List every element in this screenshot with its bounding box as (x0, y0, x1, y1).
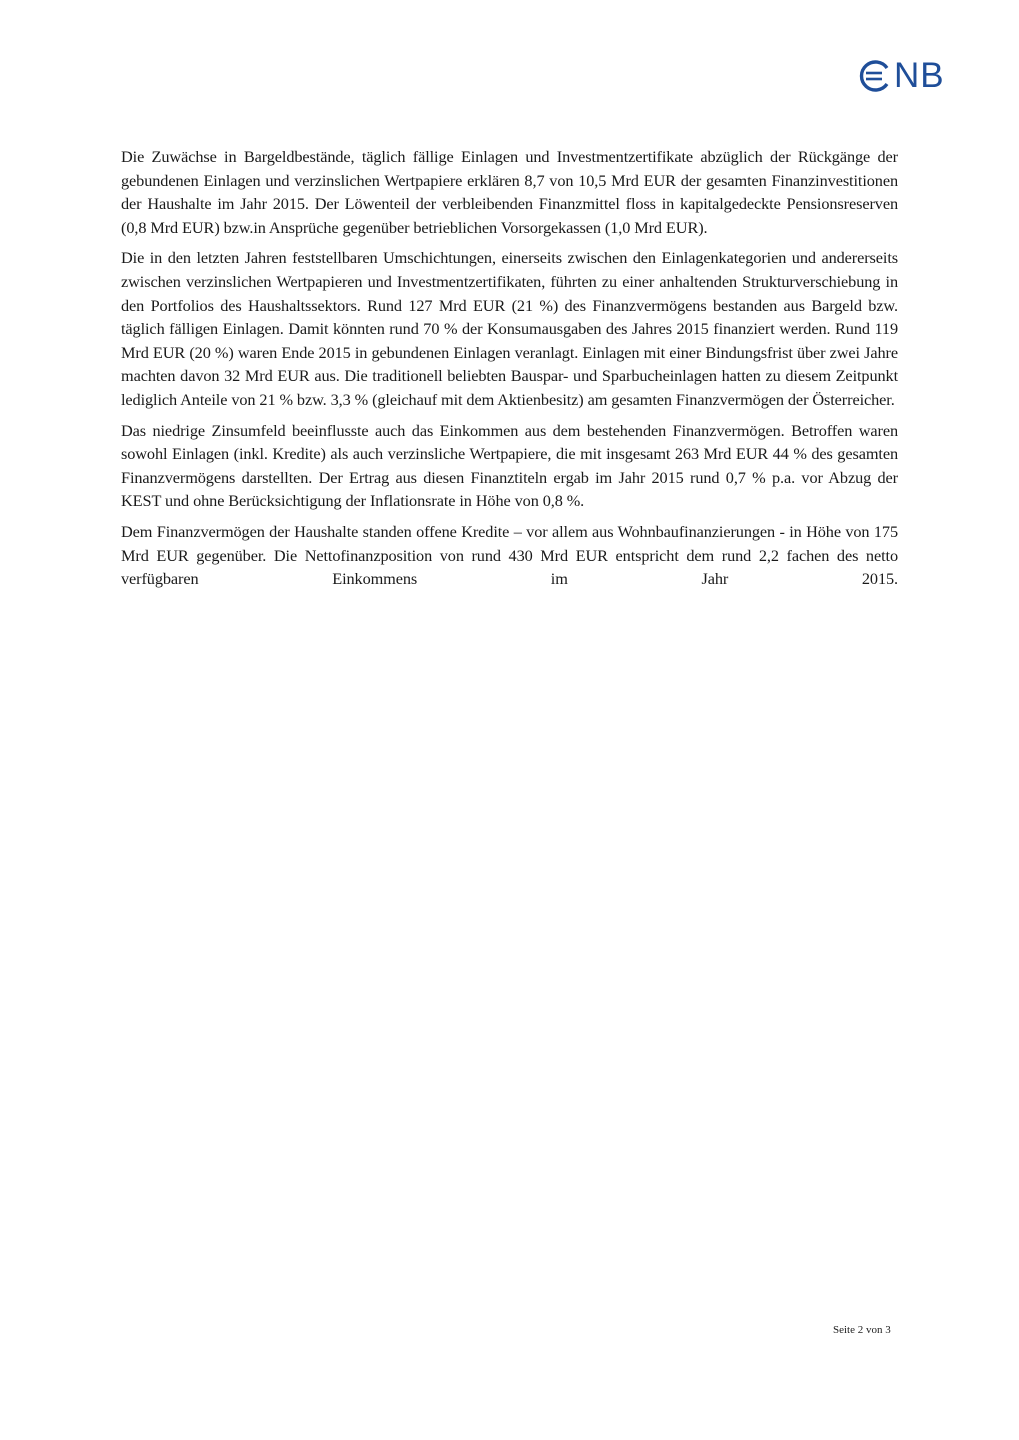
document-body: Die Zuwächse in Bargeldbestände, täglich… (121, 145, 898, 598)
paragraph-portfolio-shift: Die in den letzten Jahren feststellbaren… (121, 246, 898, 411)
page-number: Seite 2 von 3 (833, 1324, 891, 1336)
euro-circle-icon (858, 59, 892, 93)
paragraph-net-financial-position: Dem Finanzvermögen der Haushalte standen… (121, 520, 898, 591)
logo-text: NB (894, 58, 945, 94)
paragraph-financial-investments: Die Zuwächse in Bargeldbestände, täglich… (121, 145, 898, 239)
paragraph-interest-environment: Das niedrige Zinsumfeld beeinflusste auc… (121, 419, 898, 513)
oenb-logo: NB (858, 58, 945, 94)
